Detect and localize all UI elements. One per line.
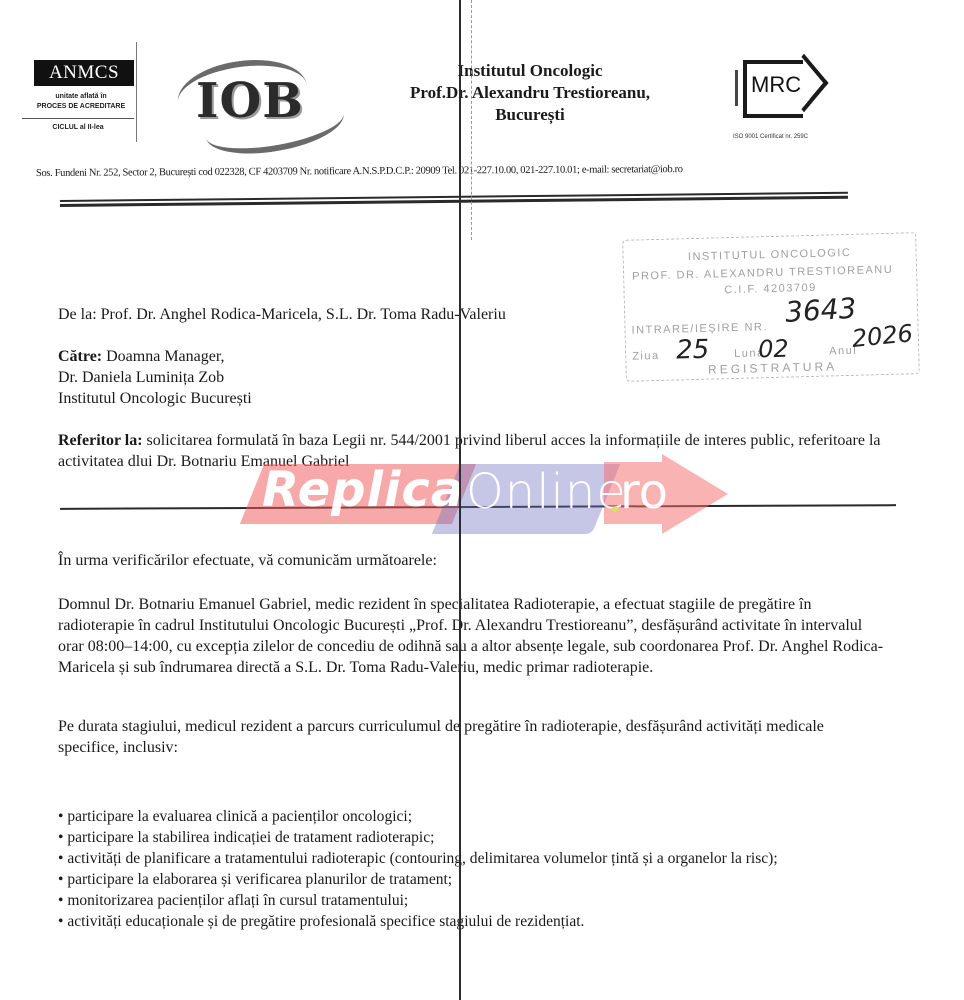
letter-to: Către: Doamna Manager, Dr. Daniela Lumin…: [58, 346, 252, 409]
stamp-year: 2026: [851, 319, 914, 353]
stamp-day-label: Ziua: [632, 350, 660, 363]
letter-intro: În urma verificărilor efectuate, vă comu…: [58, 550, 437, 571]
anmcs-subtitle-line1: unitate aflată în: [26, 92, 136, 102]
replica-online-watermark: Replica Online ro: [240, 462, 730, 534]
iso-certificate-text: ISO 9001 Certificat nr. 259C: [733, 134, 853, 140]
institution-line-1: Institutul Oncologic: [380, 60, 680, 82]
mrc-certification-logo: MRC ISO 9001 Certificat nr. 259C: [735, 50, 845, 150]
anmcs-logo-subtitle: unitate aflată în PROCES DE ACREDITARE: [26, 92, 136, 112]
institution-line-3: București: [380, 104, 680, 126]
letter-from: De la: Prof. Dr. Anghel Rodica-Maricela,…: [58, 304, 506, 325]
anmcs-logo: ANMCS unitate aflată în PROCES DE ACREDI…: [22, 42, 137, 142]
to-label: Către:: [58, 348, 102, 365]
header-divider: [60, 192, 848, 208]
stamp-entry-number: 3643: [784, 292, 857, 329]
registration-stamp: INSTITUTUL ONCOLOGIC PROF. DR. ALEXANDRU…: [622, 232, 920, 382]
stamp-day: 25: [676, 335, 710, 366]
ref-label: Referitor la:: [58, 432, 143, 449]
iob-logo-text: IOB: [196, 73, 304, 129]
watermark-text-ro: ro: [620, 464, 668, 520]
anmcs-divider: [22, 118, 134, 119]
watermark-dot: [612, 506, 618, 512]
letter-paragraph-2: Pe durata stagiului, medicul rezident a …: [58, 716, 888, 758]
scan-artifact-line: [471, 0, 473, 240]
to-line-3: Institutul Oncologic București: [58, 388, 252, 409]
stamp-line-1: INSTITUTUL ONCOLOGIC: [624, 245, 916, 265]
stamp-line-3: C.I.F. 4203709: [624, 279, 916, 299]
institution-name: Institutul Oncologic Prof.Dr. Alexandru …: [380, 60, 680, 126]
institution-address: Sos. Fundeni Nr. 252, Sector 2, Bucureșt…: [36, 163, 896, 179]
from-value: Prof. Dr. Anghel Rodica-Maricela, S.L. D…: [101, 306, 506, 323]
anmcs-cycle: CICLUL al II-lea: [22, 124, 134, 131]
iob-logo: IOB: [176, 55, 346, 150]
from-label: De la:: [58, 306, 97, 323]
arrow-right-icon: [662, 454, 728, 534]
anmcs-subtitle-line2: PROCES DE ACREDITARE: [26, 102, 136, 112]
institution-line-2: Prof.Dr. Alexandru Trestioreanu,: [380, 82, 680, 104]
watermark-text-online: Online: [466, 464, 627, 520]
letter-paragraph-1: Domnul Dr. Botnariu Emanuel Gabriel, med…: [58, 594, 888, 678]
to-line-1: Doamna Manager,: [106, 348, 224, 365]
watermark-text-replica: Replica: [262, 462, 464, 518]
scan-artifact-vertical-line: [459, 0, 461, 1000]
to-line-2: Dr. Daniela Luminița Zob: [58, 367, 252, 388]
anmcs-logo-title: ANMCS: [34, 60, 134, 86]
stamp-month: 02: [758, 335, 789, 364]
